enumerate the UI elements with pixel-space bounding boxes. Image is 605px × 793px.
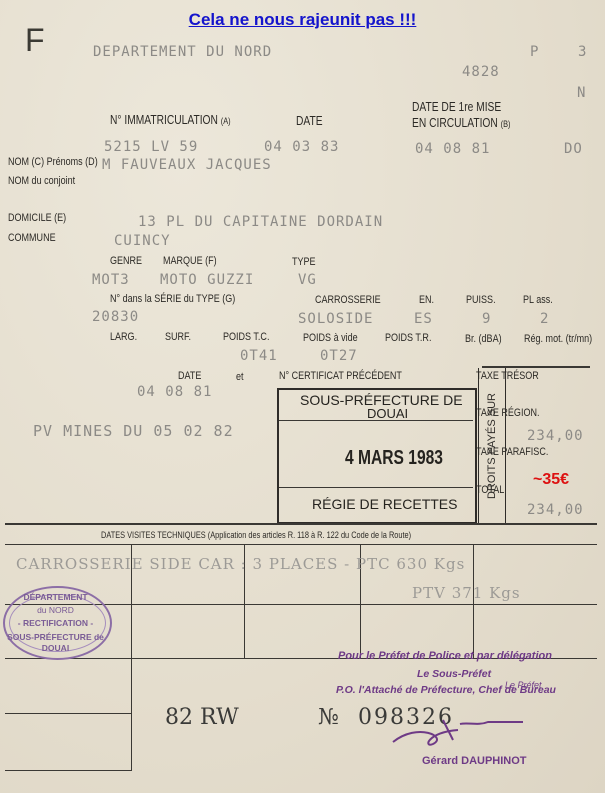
oval-line3: - RECTIFICATION -: [3, 618, 108, 628]
label-puissance: PUISS.: [466, 294, 496, 306]
label-carrosserie: CARROSSERIE: [315, 294, 381, 306]
value-taxe-region: 234,00: [527, 428, 584, 444]
oval-line4: SOUS-PRÉFECTURE de: [3, 632, 108, 642]
label-cert-precedent: N° CERTIFICAT PRÉCÉDENT: [279, 370, 402, 382]
label-poids-tr: POIDS T.R.: [385, 332, 431, 344]
signature-overlay: Le Préfet: [505, 680, 542, 690]
label-nom-prenoms: NOM (C) Prénoms (D): [8, 156, 98, 168]
label-total: TOTAL: [476, 484, 504, 496]
label-immatriculation: N° IMMATRICULATION (A): [110, 113, 231, 127]
label-first-circulation-2: EN CIRCULATION (B): [412, 116, 511, 130]
stamp-divider-2: [279, 487, 473, 488]
page-banner-title[interactable]: Cela ne nous rajeunit pas !!!: [0, 10, 605, 30]
label-taxe-parafisc: TAXE PARAFISC.: [476, 446, 548, 458]
label-taxe-region: TAXE RÉGION.: [476, 407, 539, 419]
oval-line2: du NORD: [3, 605, 108, 615]
value-immatriculation: 5215 LV 59: [104, 139, 198, 155]
series-code: 82 RW: [165, 705, 239, 730]
value-total: 234,00: [527, 502, 584, 518]
label-cert-date: DATE: [178, 370, 201, 382]
department-name: DEPARTEMENT DU NORD: [93, 44, 272, 60]
value-marque: MOTO GUZZI: [160, 272, 254, 288]
value-visite-line2: PTV 371 Kgs: [412, 584, 521, 602]
value-first-circulation: 04 08 81: [415, 141, 490, 157]
grid-col-1: [131, 544, 132, 771]
value-domicile: 13 PL DU CAPITAINE DORDAIN: [138, 214, 383, 230]
value-energie: ES: [414, 311, 433, 327]
stamp-date: 4 MARS 1983: [345, 447, 443, 470]
section-divider: [5, 523, 597, 525]
label-poids-vide: POIDS à vide: [303, 332, 358, 344]
signature-line1: Pour le Préfet de Police et par délégati…: [338, 650, 552, 662]
label-genre: GENRE: [110, 255, 142, 267]
value-date: 04 03 83: [264, 139, 339, 155]
label-domicile: DOMICILE (E): [8, 212, 66, 224]
label-poids-tc: POIDS T.C.: [223, 331, 269, 343]
oval-line1: DÉPARTEMENT: [3, 592, 108, 602]
signature-scribble-icon: [388, 712, 528, 748]
code-p: P: [530, 44, 539, 60]
label-energie: EN.: [419, 294, 434, 306]
code-n: N: [577, 85, 586, 101]
label-serie: N° dans la SÉRIE du TYPE (G): [110, 293, 235, 305]
footer-left-line-2: [5, 770, 131, 771]
footer-left-line-1: [5, 713, 131, 714]
label-taxe-tresor: TAXE TRÉSOR: [476, 370, 539, 382]
code-3: 3: [578, 44, 587, 60]
label-regime: Rég. mot. (tr/mn): [524, 333, 592, 345]
label-surface: SURF.: [165, 331, 191, 343]
value-puissance: 9: [482, 311, 491, 327]
label-nom-conjoint: NOM du conjoint: [8, 175, 75, 187]
label-bruit: Br. (dBA): [465, 333, 502, 345]
label-date: DATE: [296, 114, 323, 128]
value-cert-date: 04 08 81: [137, 384, 212, 400]
label-largeur: LARG.: [110, 331, 137, 343]
value-type: VG: [298, 272, 317, 288]
label-marque: MARQUE (F): [163, 255, 217, 267]
label-first-circulation-1: DATE DE 1re MISE: [412, 100, 501, 114]
signatory-name: Gérard DAUPHINOT: [422, 755, 527, 767]
stamp-line2: DOUAI: [367, 406, 408, 421]
file-number: 4828: [462, 64, 500, 80]
value-pv-mines: PV MINES DU 05 02 82: [33, 422, 234, 440]
signature-line2: Le Sous-Préfet: [417, 668, 491, 680]
value-poids-tc: 0T41: [240, 348, 278, 364]
value-poids-vide: 0T27: [320, 348, 358, 364]
label-type: TYPE: [292, 256, 316, 268]
value-carrosserie: SOLOSIDE: [298, 311, 373, 327]
visites-top-line: [5, 544, 597, 545]
label-places: PL ass.: [523, 294, 553, 306]
value-code-do: DO: [564, 141, 583, 157]
value-serie: 20830: [92, 309, 139, 325]
form-letter: F: [25, 22, 45, 59]
label-cert-et: et: [236, 371, 244, 383]
annotation-euro: ~35€: [533, 471, 569, 489]
value-commune: CUINCY: [114, 233, 171, 249]
value-nom: M FAUVEAUX JACQUES: [102, 157, 272, 173]
value-visite-line1: CARROSSERIE SIDE CAR : 3 PLACES - PTC 63…: [16, 555, 465, 573]
stamp-footer: RÉGIE DE RECETTES: [312, 496, 457, 512]
number-prefix: №: [318, 705, 339, 730]
value-genre: MOT3: [92, 272, 130, 288]
value-places: 2: [540, 311, 549, 327]
label-commune: COMMUNE: [8, 232, 56, 244]
label-visites: DATES VISITES TECHNIQUES (Application de…: [101, 530, 411, 540]
oval-line5: DOUAI: [3, 643, 108, 653]
